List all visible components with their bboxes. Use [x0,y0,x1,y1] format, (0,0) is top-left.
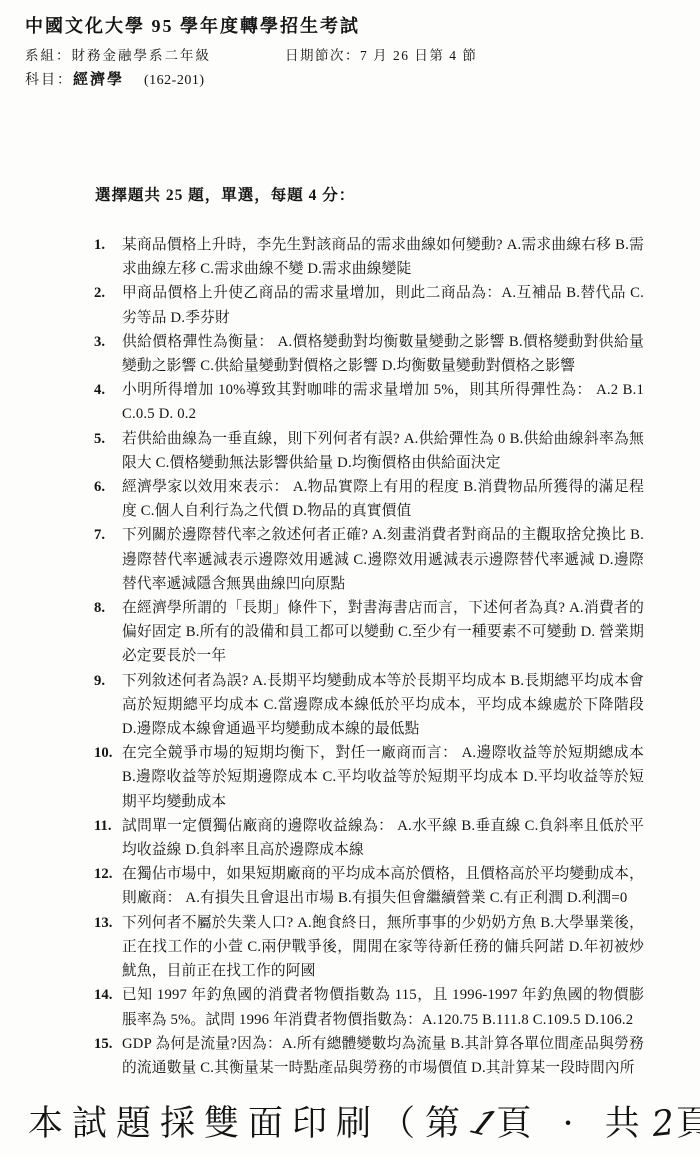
question-text: 下列敘述何者為誤? A.長期平均變動成本等於長期平均成本 B.長期總平均成本會高… [122,669,644,742]
question-item-14: 14. 已知 1997 年釣魚國的消費者物價指數為 115，且 1996-199… [94,983,644,1031]
question-number: 10. [94,741,122,814]
date-value: 7 月 26 日第 4 節 [360,48,477,63]
question-number: 14. [94,983,122,1031]
question-item-6: 6. 經濟學家以效用來表示： A.物品實際上有用的程度 B.消費物品所獲得的滿足… [94,475,644,523]
question-text: 已知 1997 年釣魚國的消費者物價指數為 115，且 1996-1997 年釣… [122,983,644,1031]
page-info-suffix: 頁） [676,1104,700,1144]
question-item-2: 2. 甲商品價格上升使乙商品的需求量增加，則此二商品為：A.互補品 B.替代品 … [94,281,644,329]
duplex-print-note: 本試題採雙面印刷 [28,1096,380,1146]
question-text: 在完全競爭市場的短期均衡下，對任一廠商而言： A.邊際收益等於短期總成本 B.邊… [122,741,644,814]
question-list: 1. 某商品價格上升時，李先生對該商品的需求曲線如何變動? A.需求曲線右移 B… [94,233,644,1080]
date-session-line: 日期節次：7 月 26 日第 4 節 [285,44,477,64]
page-footer: 本試題採雙面印刷 （第1頁 · 共2頁） [28,1096,683,1146]
page-total-handwritten: 2 [650,1103,676,1145]
instructions-line: 選擇題共 25 題，單選，每題 4 分： [95,183,355,205]
question-item-4: 4. 小明所得增加 10%導致其對咖啡的需求量增加 5%，則其所得彈性為： A.… [94,378,644,426]
question-text: 下列何者不屬於失業人口? A.飽食終日，無所事事的少奶奶方魚 B.大學畢業後，正… [122,911,644,984]
question-number: 6. [94,475,122,523]
question-number: 3. [94,330,122,378]
question-item-10: 10. 在完全競爭市場的短期均衡下，對任一廠商而言： A.邊際收益等於短期總成本… [94,741,644,814]
question-text: 甲商品價格上升使乙商品的需求量增加，則此二商品為：A.互補品 B.替代品 C.劣… [122,281,644,329]
question-item-1: 1. 某商品價格上升時，李先生對該商品的需求曲線如何變動? A.需求曲線右移 B… [94,233,644,281]
question-text: 試問單一定價獨佔廠商的邊際收益線為： A.水平線 B.垂直線 C.負斜率且低於平… [122,814,644,862]
question-number: 5. [94,427,122,475]
subject-value: 經濟學 [73,72,124,88]
date-label: 日期節次： [285,48,360,63]
question-number: 7. [94,523,122,596]
question-item-9: 9. 下列敘述何者為誤? A.長期平均變動成本等於長期平均成本 B.長期總平均成… [94,669,644,742]
question-number: 1. [94,233,122,281]
question-text: 小明所得增加 10%導致其對咖啡的需求量增加 5%，則其所得彈性為： A.2 B… [122,378,644,426]
question-text: 下列關於邊際替代率之敘述何者正確? A.刻畫消費者對商品的主觀取捨兌換比 B.邊… [122,523,644,596]
question-item-15: 15. GDP 為何是流量?因為：A.所有總體變數均為流量 B.其計算各單位間產… [94,1032,644,1080]
question-number: 15. [94,1032,122,1080]
question-item-7: 7. 下列關於邊際替代率之敘述何者正確? A.刻畫消費者對商品的主觀取捨兌換比 … [94,523,644,596]
question-item-8: 8. 在經濟學所謂的「長期」條件下，對書海書店而言，下述何者為真? A.消費者的… [94,596,644,669]
question-item-3: 3. 供給價格彈性為衡量： A.價格變動對均衡數量變動之影響 B.價格變動對供給… [94,330,644,378]
question-text: 在經濟學所謂的「長期」條件下，對書海書店而言，下述何者為真? A.消費者的偏好固… [122,596,644,669]
question-text: 在獨佔市場中，如果短期廠商的平均成本高於價格，且價格高於平均變動成本，則廠商： … [122,862,644,910]
question-number: 4. [94,378,122,426]
question-item-13: 13. 下列何者不屬於失業人口? A.飽食終日，無所事事的少奶奶方魚 B.大學畢… [94,911,644,984]
question-number: 8. [94,596,122,669]
question-text: 經濟學家以效用來表示： A.物品實際上有用的程度 B.消費物品所獲得的滿足程度 … [122,475,644,523]
department-value: 財務金融學系二年級 [72,48,212,63]
page-info-middle: 頁 · 共 [496,1104,649,1144]
subject-line: 科目：經濟學(162-201) [25,68,205,89]
question-item-5: 5. 若供給曲線為一垂直線，則下列何者有誤? A.供給彈性為 0 B.供給曲線斜… [94,427,644,475]
exam-title: 中國文化大學 95 學年度轉學招生考試 [25,12,360,38]
question-text: 某商品價格上升時，李先生對該商品的需求曲線如何變動? A.需求曲線右移 B.需求… [122,233,644,281]
department-label: 系組： [25,48,72,63]
question-item-12: 12. 在獨佔市場中，如果短期廠商的平均成本高於價格，且價格高於平均變動成本，則… [94,862,644,910]
question-text: GDP 為何是流量?因為：A.所有總體變數均為流量 B.其計算各單位間產品與勞務… [122,1032,644,1080]
question-number: 11. [94,814,122,862]
question-text: 若供給曲線為一垂直線，則下列何者有誤? A.供給彈性為 0 B.供給曲線斜率為無… [122,427,644,475]
question-number: 2. [94,281,122,329]
exam-page: 中國文化大學 95 學年度轉學招生考試 系組：財務金融學系二年級 日期節次：7 … [0,0,700,1157]
question-item-11: 11. 試問單一定價獨佔廠商的邊際收益線為： A.水平線 B.垂直線 C.負斜率… [94,814,644,862]
department-line: 系組：財務金融學系二年級 [25,44,211,64]
subject-code: (162-201) [144,73,205,88]
question-number: 9. [94,669,122,742]
page-info-prefix: （第 [380,1104,470,1144]
page-info: （第1頁 · 共2頁） [380,1096,700,1146]
subject-label: 科目： [25,73,73,88]
question-number: 13. [94,911,122,984]
question-number: 12. [94,862,122,910]
question-text: 供給價格彈性為衡量： A.價格變動對均衡數量變動之影響 B.價格變動對供給量變動… [122,330,644,378]
